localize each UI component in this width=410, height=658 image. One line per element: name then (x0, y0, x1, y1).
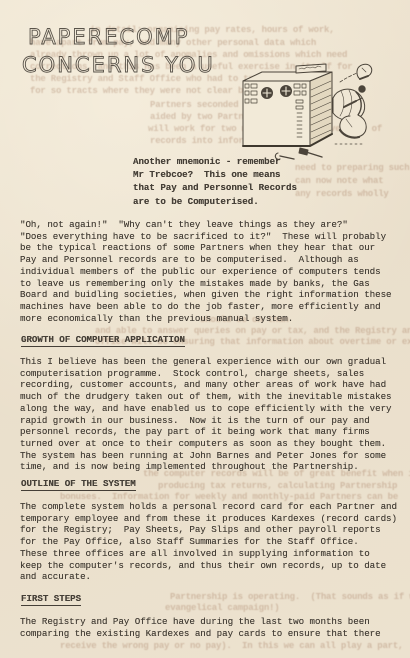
section-heading-first-steps: FIRST STEPS (21, 593, 81, 606)
section-heading-label: GROWTH OF COMPUTER APPLICATION (21, 334, 185, 347)
illustration-caption: Another mnemonic - remember Mr Trebcoe? … (133, 155, 297, 208)
paragraph-intro: "Oh, not again!" "Why can't they leave t… (20, 219, 410, 324)
title-line-2: CONCERNS YOU (22, 53, 215, 77)
bleedthrough-text: any records wholly (295, 189, 389, 199)
section-heading-label: OUTLINE OF THE SYSTEM (21, 478, 136, 491)
bleedthrough-text: can now note what (295, 176, 383, 186)
flying-shoe-icon (357, 64, 372, 79)
section-paragraph-outline: The complete system holds a personal rec… (20, 501, 410, 583)
page-title: PAPERECOMP CONCERNS YOU (16, 14, 246, 84)
section-heading-label: FIRST STEPS (21, 593, 81, 606)
computer-cabinet (243, 64, 332, 146)
bleedthrough-text: receive the wrong pay or no pay). In thi… (60, 641, 403, 651)
bleedthrough-text: for so tracts where they were not clear … (30, 86, 274, 96)
title-line-1: PAPERECOMP (28, 25, 189, 49)
flying-knob (359, 86, 365, 92)
section-paragraph-first-steps: The Registry and Pay Office have during … (20, 616, 410, 639)
bleedthrough-text: Partnership is operating. (That sounds a… (170, 592, 410, 602)
scanned-newsletter-page: in detail: organising pay rates, hours o… (0, 0, 410, 658)
section-heading-growth: GROWTH OF COMPUTER APPLICATION (21, 334, 185, 347)
section-paragraph-growth: This I believe has been the general expe… (20, 356, 410, 473)
section-heading-outline: OUTLINE OF THE SYSTEM (21, 478, 136, 491)
bleedthrough-text: producing tax returns, calculating Partn… (158, 481, 397, 491)
bleedthrough-text: evangelical campaign!) (165, 603, 279, 613)
diving-person (333, 64, 372, 144)
